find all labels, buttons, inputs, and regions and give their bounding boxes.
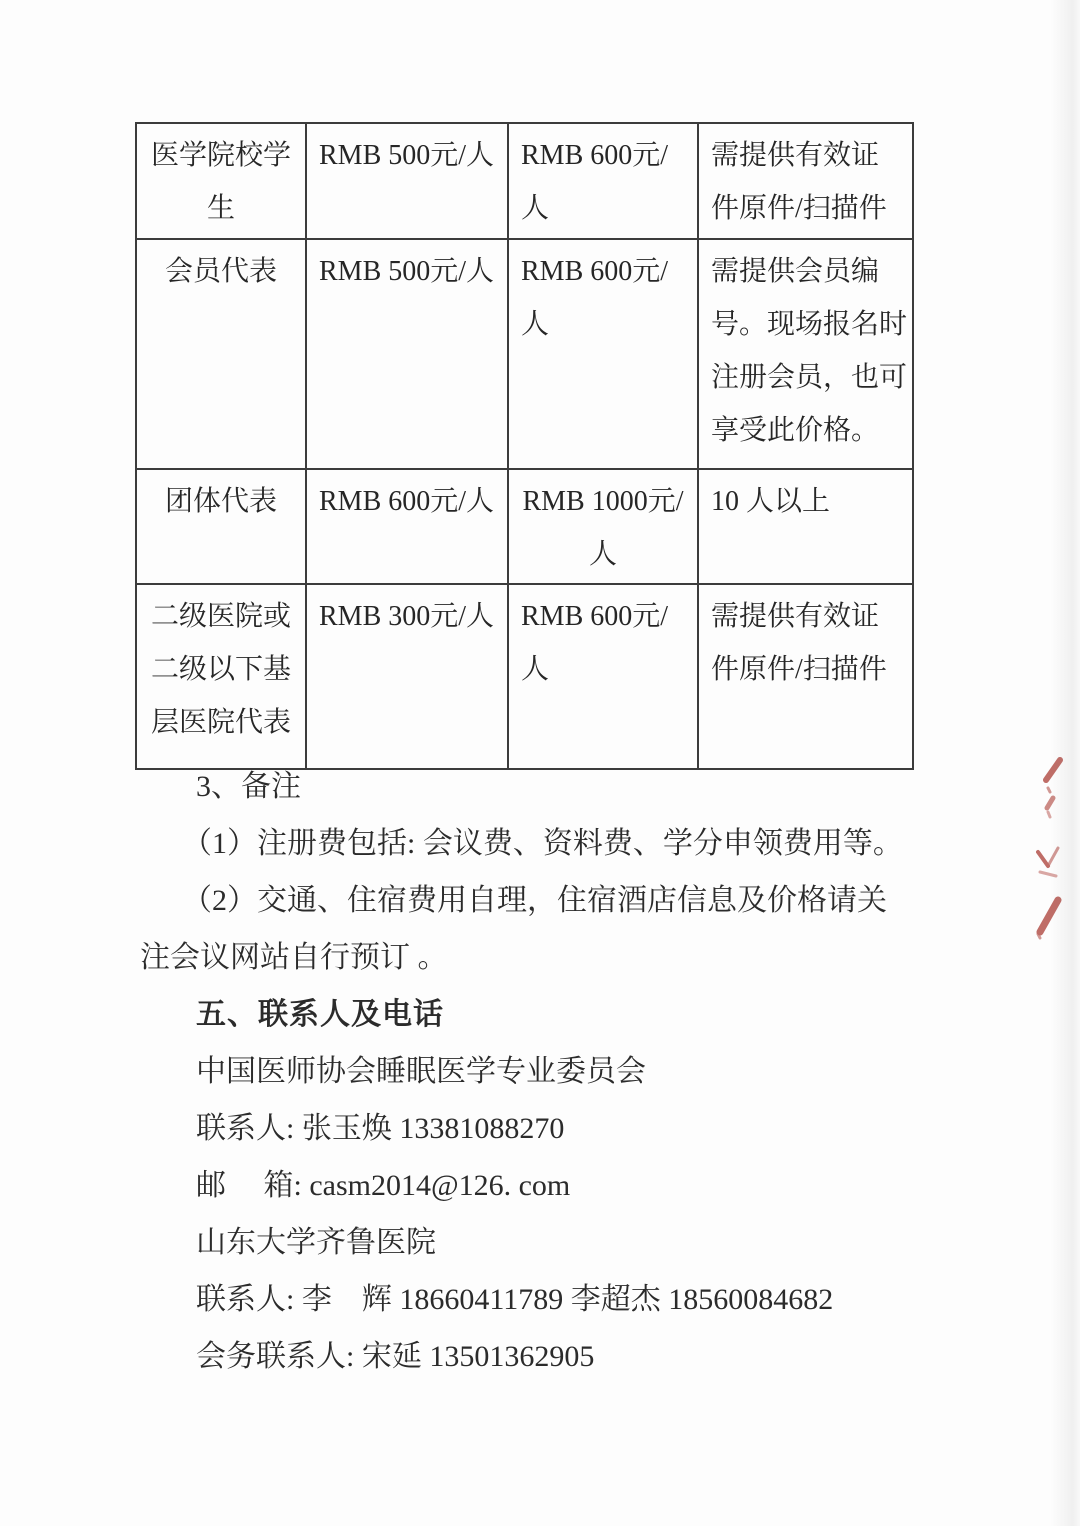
table-row-secondary-hospitals: 二级医院或 二级以下基 层医院代表 RMB 300元/人 RMB 600元/人 … [136, 584, 913, 769]
early-fee-cell: RMB 500元/人 [306, 239, 508, 469]
note-cell: 10 人以上 [698, 469, 913, 584]
document-body-text: 3、备注 （1）注册费包括: 会议费、资料费、学分申领费用等。 （2）交通、住宿… [140, 758, 955, 1385]
contacts-heading: 五、联系人及电话 [140, 986, 955, 1043]
onsite-fee-cell: RMB 600元/人 [508, 239, 698, 469]
category-cell: 团体代表 [136, 469, 306, 584]
contact-org1-email: 邮 箱: casm2014@126. com [140, 1157, 955, 1214]
category-cell: 医学院校学 生 [136, 123, 306, 239]
table-row-medical-students: 医学院校学 生 RMB 500元/人 RMB 600元/人 需提供有效证 件原件… [136, 123, 913, 239]
note-item-1: （1）注册费包括: 会议费、资料费、学分申领费用等。 [140, 815, 955, 872]
contact-org2-name: 山东大学齐鲁医院 [140, 1214, 955, 1271]
early-fee-cell: RMB 300元/人 [306, 584, 508, 769]
onsite-fee-cell: RMB 1000元/ 人 [508, 469, 698, 584]
contact-org1-person: 联系人: 张玉焕 13381088270 [140, 1100, 955, 1157]
contact-org2-person: 联系人: 李 辉 18660411789 李超杰 18560084682 [140, 1271, 955, 1328]
category-cell: 二级医院或 二级以下基 层医院代表 [136, 584, 306, 769]
onsite-fee-cell: RMB 600元/人 [508, 584, 698, 769]
note-cell: 需提供有效证 件原件/扫描件 [698, 123, 913, 239]
page-edge-shadow [1050, 0, 1080, 1526]
note-cell: 需提供有效证 件原件/扫描件 [698, 584, 913, 769]
early-fee-cell: RMB 500元/人 [306, 123, 508, 239]
document-page: 医学院校学 生 RMB 500元/人 RMB 600元/人 需提供有效证 件原件… [0, 0, 1080, 1526]
note-cell: 需提供会员编 号。现场报名时 注册会员，也可 享受此价格。 [698, 239, 913, 469]
contact-org1-name: 中国医师协会睡眠医学专业委员会 [140, 1043, 955, 1100]
contact-org2-service-person: 会务联系人: 宋延 13501362905 [140, 1328, 955, 1385]
early-fee-cell: RMB 600元/人 [306, 469, 508, 584]
registration-fee-table: 医学院校学 生 RMB 500元/人 RMB 600元/人 需提供有效证 件原件… [135, 122, 914, 770]
table-row-member-delegates: 会员代表 RMB 500元/人 RMB 600元/人 需提供会员编 号。现场报名… [136, 239, 913, 469]
category-cell: 会员代表 [136, 239, 306, 469]
table-row-group-delegates: 团体代表 RMB 600元/人 RMB 1000元/ 人 10 人以上 [136, 469, 913, 584]
notes-heading: 3、备注 [140, 758, 955, 815]
onsite-fee-cell: RMB 600元/人 [508, 123, 698, 239]
note-item-2: （2）交通、住宿费用自理，住宿酒店信息及价格请关 注会议网站自行预订 。 [140, 872, 955, 986]
